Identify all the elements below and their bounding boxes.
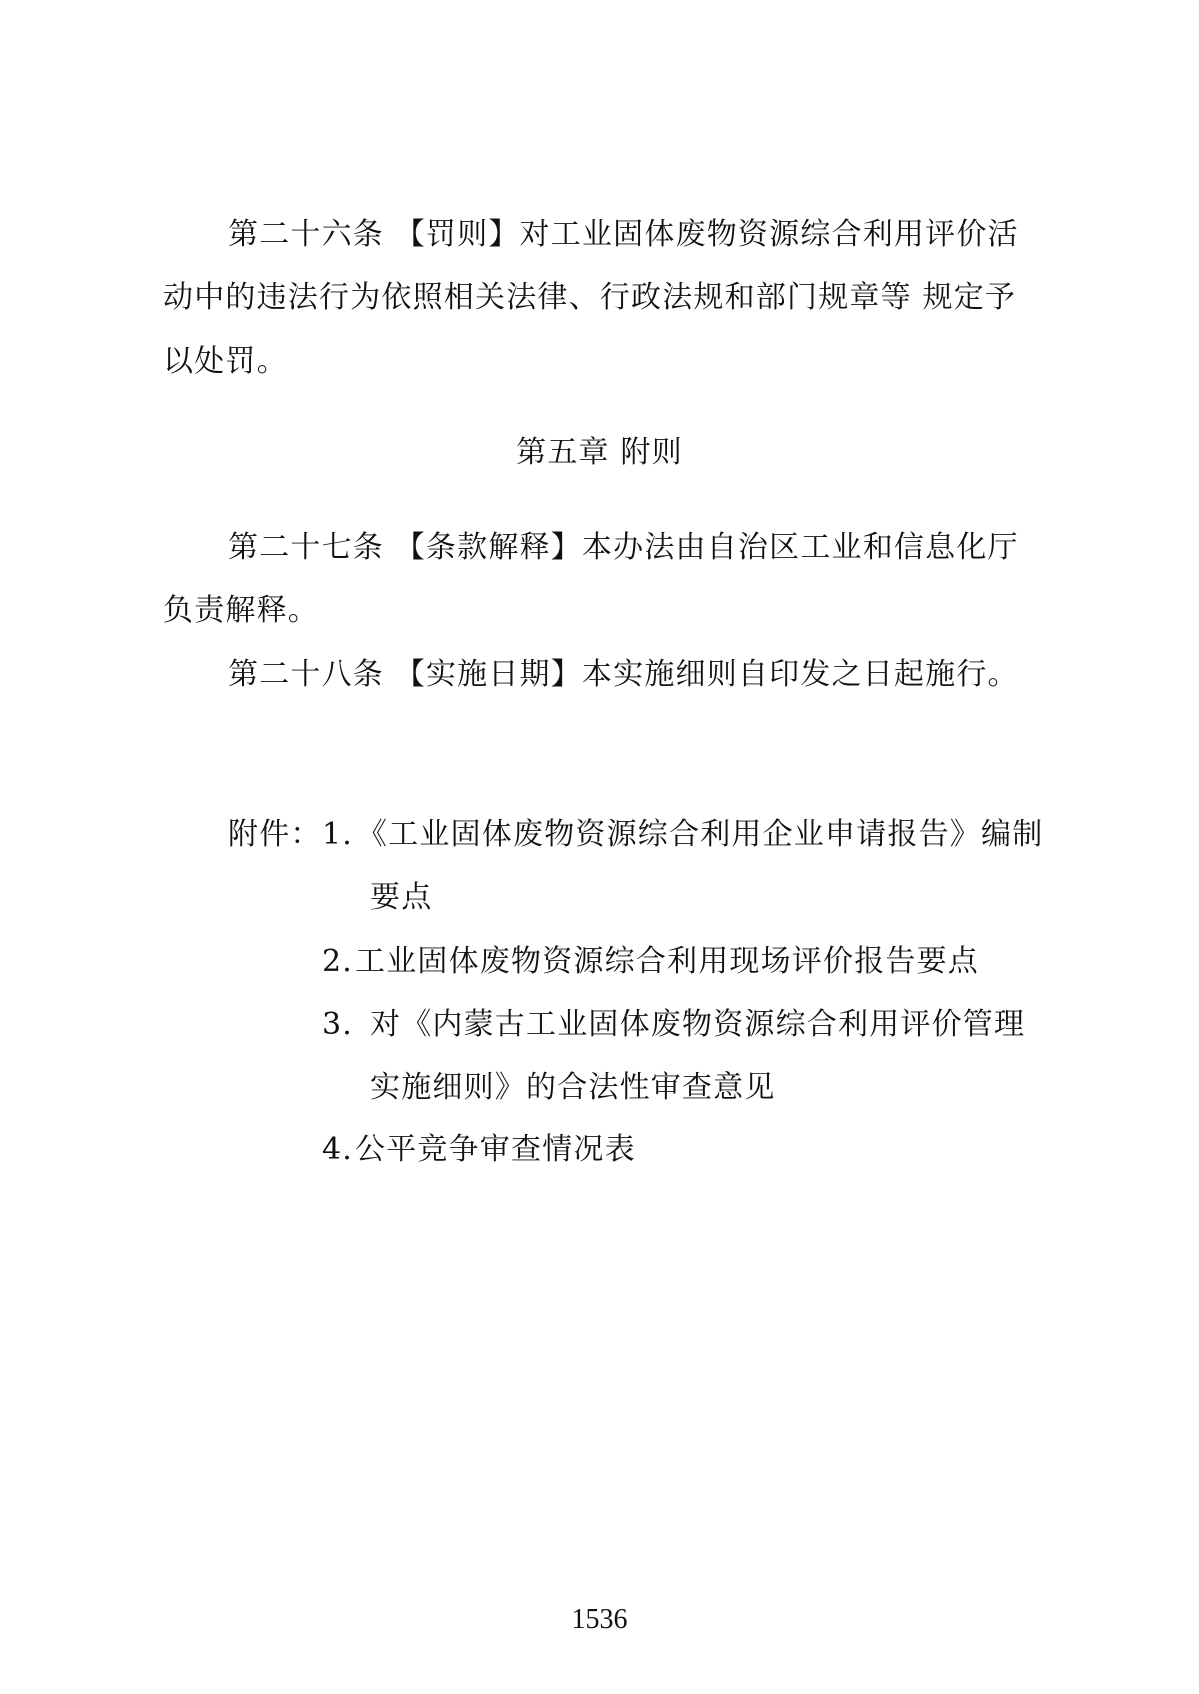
attachments-label: 附件： — [228, 815, 322, 855]
article-26-line-1: 第二十六条 【罚则】对工业固体废物资源综合利用评价活 — [228, 215, 1019, 255]
attachment-3-index: 3. — [322, 1005, 353, 1045]
attachment-1-line-1: 《工业固体废物资源综合利用企业申请报告》编制 — [357, 815, 1043, 855]
attachment-1-line-2: 要点 — [370, 878, 432, 918]
attachment-4-index: 4. — [322, 1130, 353, 1170]
attachment-3-line-2: 实施细则》的合法性审查意见 — [370, 1068, 776, 1108]
article-26-line-2: 动中的违法行为依照相关法律、行政法规和部门规章等 规定予 — [163, 278, 1016, 318]
attachment-2-index: 2. — [322, 942, 353, 982]
attachment-3-line-1: 对《内蒙古工业固体废物资源综合利用评价管理 — [370, 1005, 1025, 1045]
attachment-4-line-1: 公平竞争审查情况表 — [355, 1130, 636, 1170]
article-26-line-3: 以处罚。 — [163, 342, 288, 382]
article-28-line-1: 第二十八条 【实施日期】本实施细则自印发之日起施行。 — [228, 655, 1019, 695]
article-27-line-2: 负责解释。 — [163, 591, 319, 631]
page-number: 1536 — [0, 1602, 1199, 1638]
chapter-heading: 第五章 附则 — [0, 433, 1199, 473]
attachment-1-index: 1. — [322, 815, 353, 855]
attachment-2-line-1: 工业固体废物资源综合利用现场评价报告要点 — [355, 942, 979, 982]
article-27-line-1: 第二十七条 【条款解释】本办法由自治区工业和信息化厅 — [228, 528, 1019, 568]
